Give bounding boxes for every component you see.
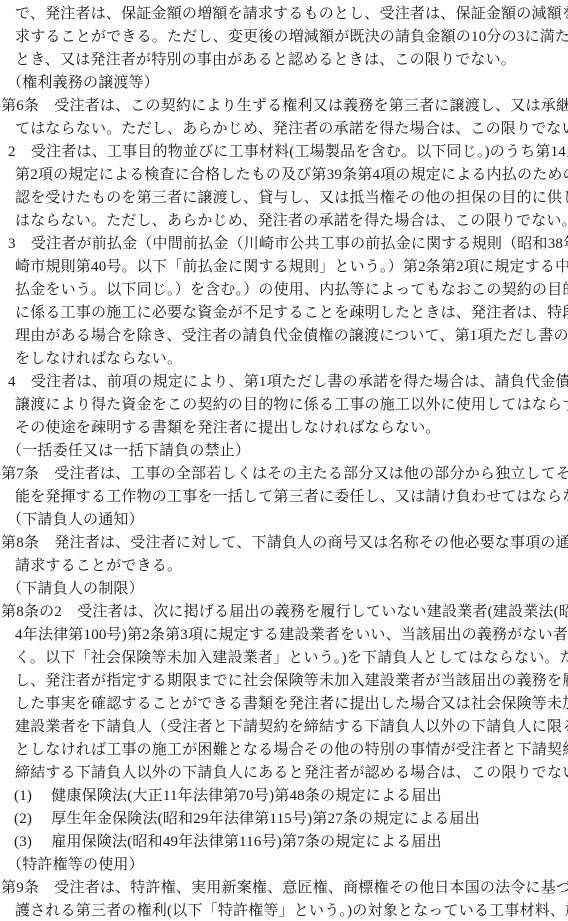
document-line: （一括委任又は一括下請負の禁止） — [0, 440, 568, 463]
document-line: 第6条 受注者は、この契約により生ずる権利又は義務を第三者に譲渡し、又は承継させ — [0, 95, 568, 118]
document-line: に係る工事の施工に必要な資金が不足することを疎明したときは、発注者は、特段の — [0, 302, 568, 325]
document-line: 払金をいう。以下同じ。）を含む。）の使用、内払等によってもなおこの契約の目的物 — [0, 279, 568, 302]
document-line: した事実を確認することができる書類を発注者に提出した場合又は社会保険等未加入 — [0, 693, 568, 716]
document-line: 4年法律第100号)第2条第3項に規定する建設業者をいい、当該届出の義務がない者… — [0, 624, 568, 647]
document-line: く。以下「社会保険等未加入建設業者」という。)を下請負人としてはならない。ただ — [0, 647, 568, 670]
document-line: 第8条 発注者は、受注者に対して、下請負人の商号又は名称その他必要な事項の通知を — [0, 532, 568, 555]
document-line: 建設業者を下請負人（受注者と下請契約を締結する下請負人以外の下請負人に限る。） — [0, 716, 568, 739]
document-line: 譲渡により得た資金をこの契約の目的物に係る工事の施工以外に使用してはならず、 — [0, 394, 568, 417]
document-line: 第9条 受注者は、特許権、実用新案権、意匠権、商標権その他日本国の法令に基づき保 — [0, 877, 568, 900]
document-line: 第7条 受注者は、工事の全部若しくはその主たる部分又は他の部分から独立してその機 — [0, 463, 568, 486]
document-line: 第2項の規定による検査に合格したもの及び第39条第4項の規定による内払のための確 — [0, 164, 568, 187]
document-line: （下請負人の通知） — [0, 509, 568, 532]
document-page: で、発注者は、保証金額の増額を請求するものとし、受注者は、保証金額の減額を請求す… — [0, 0, 568, 921]
document-line: 崎市規則第40号。以下「前払金に関する規則」という。）第2条第2項に規定する中間… — [0, 256, 568, 279]
document-line: (1) 健康保険法(大正11年法律第70号)第48条の規定による届出 — [0, 785, 568, 808]
document-line: 4 受注者は、前項の規定により、第1項ただし書の承諾を得た場合は、請負代金債権の — [0, 371, 568, 394]
document-line: をしなければならない。 — [0, 348, 568, 371]
document-line: し、発注者が指定する期限までに社会保険等未加入建設業者が当該届出の義務を履行 — [0, 670, 568, 693]
document-line: 理由がある場合を除き、受注者の請負代金債権の譲渡について、第1項ただし書の承諾 — [0, 325, 568, 348]
document-line: とき、又は発注者が特別の事由があると認めるときは、この限りでない。 — [0, 49, 568, 72]
document-line: 2 受注者は、工事目的物並びに工事材料(工場製品を含む。以下同じ。)のうち第14… — [0, 141, 568, 164]
document-line: 締結する下請負人以外の下請負人にあると発注者が認める場合は、この限りでない。 — [0, 762, 568, 785]
document-line: 求することができる。ただし、変更後の増減額が既決の請負金額の10分の3に満たない — [0, 26, 568, 49]
document-line: （権利義務の譲渡等） — [0, 72, 568, 95]
document-line: その使途を疎明する書類を発注者に提出しなければならない。 — [0, 417, 568, 440]
document-body: で、発注者は、保証金額の増額を請求するものとし、受注者は、保証金額の減額を請求す… — [0, 3, 568, 921]
document-line: 能を発揮する工作物の工事を一括して第三者に委任し、又は請け負わせてはならない。 — [0, 486, 568, 509]
document-line: 第8条の2 受注者は、次に掲げる届出の義務を履行していない建設業者(建設業法(昭… — [0, 601, 568, 624]
document-line: 認を受けたものを第三者に譲渡し、貸与し、又は抵当権その他の担保の目的に供して — [0, 187, 568, 210]
document-line: (2) 厚生年金保険法(昭和29年法律第115号)第27条の規定による届出 — [0, 808, 568, 831]
document-line: としなければ工事の施工が困難となる場合その他の特別の事情が受注者と下請契約を — [0, 739, 568, 762]
document-line: はならない。ただし、あらかじめ、発注者の承諾を得た場合は、この限りでない。 — [0, 210, 568, 233]
document-line: 護される第三者の権利(以下「特許権等」という。)の対象となっている工事材料、施 — [0, 900, 568, 921]
document-line: で、発注者は、保証金額の増額を請求するものとし、受注者は、保証金額の減額を請 — [0, 3, 568, 26]
document-line: 3 受注者が前払金（中間前払金（川崎市公共工事の前払金に関する規則（昭和38年川 — [0, 233, 568, 256]
document-line: てはならない。ただし、あらかじめ、発注者の承諾を得た場合は、この限りでない。 — [0, 118, 568, 141]
document-line: (3) 雇用保険法(昭和49年法律第116号)第7条の規定による届出 — [0, 831, 568, 854]
document-line: 請求することができる。 — [0, 555, 568, 578]
document-line: （下請負人の制限） — [0, 578, 568, 601]
document-line: （特許権等の使用） — [0, 854, 568, 877]
